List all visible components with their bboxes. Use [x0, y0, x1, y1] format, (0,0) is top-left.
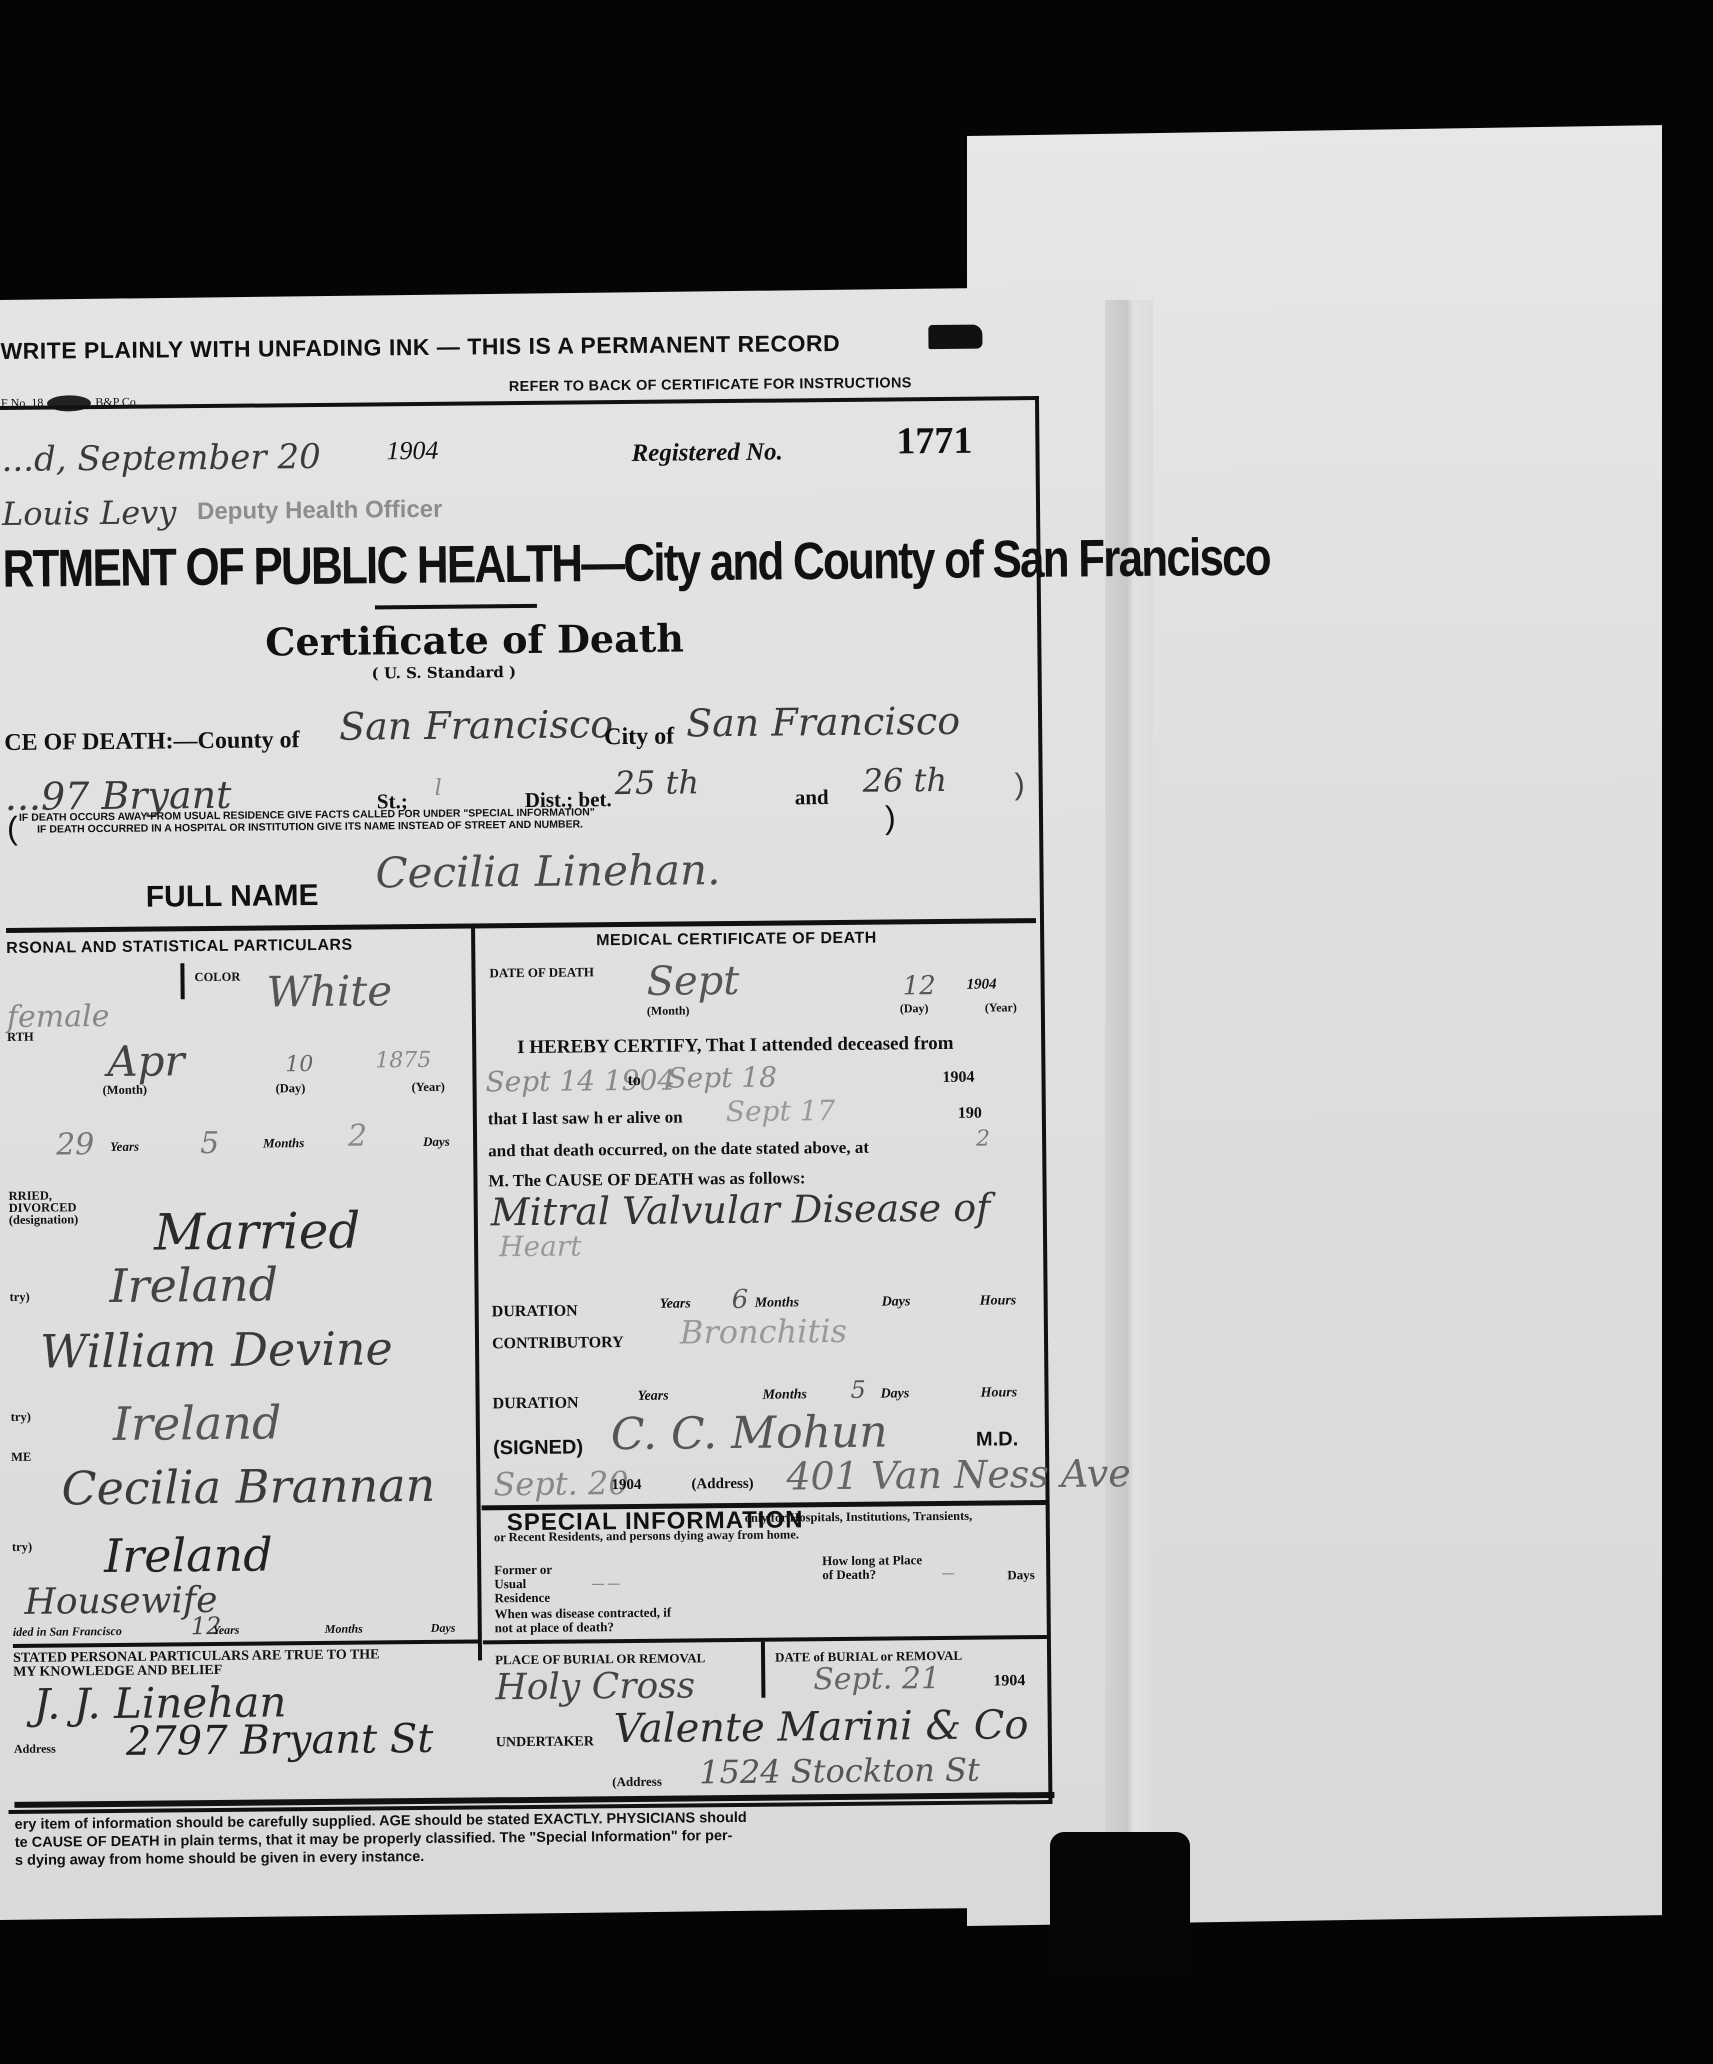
age-days: 2 — [348, 1119, 367, 1154]
death-year: 1904 — [967, 976, 997, 993]
and-label: and — [795, 785, 829, 810]
burial-date-value: Sept. 21 — [813, 1661, 940, 1697]
close-paren: ) — [1015, 768, 1025, 802]
mother-birthplace-label: try) — [12, 1540, 32, 1555]
note-paren-right: ) — [885, 799, 896, 836]
attended-from: Sept 14 1904 — [485, 1064, 675, 1099]
full-name-value: Cecilia Linehan. — [375, 845, 720, 897]
burial-place-value: Holy Cross — [495, 1665, 695, 1708]
personal-section-heading: RSONAL AND STATISTICAL PARTICULARS — [6, 937, 353, 958]
death-month-label: (Month) — [647, 1003, 690, 1018]
birth-month: Apr — [107, 1036, 185, 1086]
full-name-label: FULL NAME — [146, 879, 319, 915]
informant-address-label: Address — [14, 1742, 56, 1757]
between-street-2: 26 th — [862, 761, 947, 800]
registered-label: Registered No. — [631, 438, 783, 467]
last-saw-label: that I last saw h er alive on — [488, 1107, 683, 1129]
place-of-death-label: CE OF DEATH:—County of — [4, 727, 300, 757]
signed-date: Sept. 20 — [493, 1464, 629, 1503]
former-residence-value: — — — [592, 1576, 619, 1590]
birth-label: RTH — [7, 1030, 34, 1045]
occurred-label: and that death occurred, on the date sta… — [488, 1138, 869, 1162]
death-certificate: WRITE PLAINLY WITH UNFADING INK — THIS I… — [0, 290, 1066, 1920]
footer-instructions: ery item of information should be carefu… — [15, 1809, 748, 1870]
divider — [761, 1642, 766, 1698]
age-months-label: Months — [263, 1135, 304, 1151]
duration-days-label: Days — [880, 1386, 909, 1402]
occurred-time: 2 — [976, 1127, 990, 1152]
birthplace-label: try) — [10, 1290, 30, 1305]
duration-years-label: Years — [637, 1389, 668, 1405]
age-years: 29 — [56, 1127, 95, 1162]
death-year-label: (Year) — [985, 1000, 1017, 1015]
mother-birthplace: Ireland — [104, 1527, 273, 1583]
duration-hours-label: Hours — [980, 1385, 1017, 1401]
officer-title-stamp: Deputy Health Officer — [197, 496, 443, 526]
department-heading: RTMENT OF PUBLIC HEALTH—City and County … — [2, 528, 1270, 600]
resided-months-label: Months — [325, 1622, 363, 1637]
marital-value: Married — [154, 1202, 361, 1262]
resided-days-label: Days — [431, 1621, 456, 1636]
refer-instructions: REFER TO BACK OF CERTIFICATE FOR INSTRUC… — [509, 375, 912, 395]
certify-statement: I HEREBY CERTIFY, That I attended deceas… — [517, 1033, 954, 1059]
mother-label: ME — [11, 1450, 31, 1465]
duration-label: DURATION — [493, 1394, 579, 1413]
special-info-note: only for Hospitals, Institutions, Transi… — [745, 1509, 973, 1526]
undertaker-value: Valente Marini & Co — [614, 1702, 1029, 1752]
color-label: COLOR — [194, 970, 240, 985]
physician-address: 401 Van Ness Ave — [786, 1451, 1131, 1498]
how-long-value: — — [942, 1566, 954, 1580]
disease-contracted-label: When was disease contracted, if not at p… — [495, 1605, 685, 1635]
last-saw-year: 190 — [958, 1105, 982, 1123]
divider — [180, 963, 184, 999]
cause-of-death: Mitral Valvular Disease of — [491, 1186, 991, 1235]
attended-to: Sept 18 — [667, 1061, 777, 1095]
contributory-value: Bronchitis — [680, 1312, 847, 1352]
city-label: City of — [604, 724, 674, 752]
death-day: 12 — [902, 971, 935, 1001]
death-month: Sept — [646, 958, 739, 1005]
birth-year: 1875 — [375, 1048, 431, 1074]
certificate-subtitle: ( U. S. Standard ) — [372, 663, 517, 682]
hand-pointer-icon — [928, 325, 982, 350]
medical-section-heading: MEDICAL CERTIFICATE OF DEATH — [596, 930, 877, 951]
date-of-death-label: DATE OF DEATH — [489, 964, 594, 981]
special-info-note-2: or Recent Residents, and persons dying a… — [494, 1527, 799, 1545]
certificate-title: Certificate of Death — [265, 615, 684, 664]
officer-signature: Louis Levy — [2, 493, 177, 533]
ink-warning: WRITE PLAINLY WITH UNFADING INK — THIS I… — [0, 330, 840, 365]
duration-months-label: Months — [762, 1387, 807, 1403]
resided-label: ided in San Francisco — [13, 1624, 122, 1640]
how-long-days-label: Days — [1007, 1567, 1035, 1583]
registered-number: 1771 — [896, 419, 972, 464]
to-label: to — [627, 1072, 641, 1090]
signed-year: 1904 — [611, 1477, 641, 1494]
occupation-value: Housewife — [24, 1580, 217, 1623]
duration-months: 6 — [731, 1285, 748, 1315]
burial-year: 1904 — [993, 1672, 1025, 1690]
note-paren-left: ( — [7, 810, 18, 847]
birthplace-value: Ireland — [109, 1257, 278, 1313]
father-birthplace: Ireland — [113, 1395, 282, 1451]
cause-of-death-cont: Heart — [499, 1229, 582, 1263]
binder-clip — [1050, 1832, 1190, 1972]
between-street-1: 25 th — [614, 763, 699, 802]
signed-label: (SIGNED) — [493, 1436, 583, 1460]
mother-name: Cecilia Brannan — [61, 1458, 435, 1516]
contributory-label: CONTRIBUTORY — [492, 1334, 624, 1353]
undertaker-address-label: (Address — [612, 1774, 662, 1790]
duration-years-label: Years — [660, 1296, 691, 1312]
md-label: M.D. — [976, 1428, 1018, 1451]
age-months: 5 — [200, 1126, 219, 1161]
duration-months-label: Months — [755, 1295, 800, 1311]
birth-year-label: (Year) — [412, 1080, 445, 1095]
undertaker-label: UNDERTAKER — [496, 1734, 594, 1751]
how-long-label: How long at Place of Death? — [822, 1553, 932, 1582]
death-day-label: (Day) — [900, 1001, 929, 1016]
father-birthplace-label: try) — [11, 1410, 31, 1425]
father-name: William Devine — [40, 1321, 393, 1378]
physician-signature: C. C. Mohun — [611, 1407, 888, 1461]
attended-to-year: 1904 — [942, 1069, 974, 1087]
former-residence-label: Former or Usual Residence — [494, 1562, 584, 1605]
county-value: San Francisco — [339, 702, 613, 749]
birth-month-label: (Month) — [103, 1083, 148, 1098]
filed-date: ...d, September 20 — [1, 437, 321, 480]
color-value: White — [266, 966, 392, 1016]
informant-address-value: 2797 Bryant St — [126, 1716, 434, 1765]
filed-year: 1904 — [386, 436, 438, 466]
informant-heading: STATED PERSONAL PARTICULARS ARE TRUE TO … — [13, 1648, 380, 1680]
physician-address-label: (Address) — [691, 1476, 753, 1494]
last-saw-date: Sept 17 — [726, 1094, 836, 1128]
marital-label: RRIED, DIVORCED (designation) — [9, 1189, 119, 1226]
street-mark: l — [435, 776, 442, 801]
birth-day-label: (Day) — [276, 1081, 306, 1096]
age-days-label: Days — [423, 1134, 450, 1150]
undertaker-address: 1524 Stockton St — [699, 1751, 980, 1792]
duration-days: 5 — [850, 1376, 866, 1404]
age-years-label: Years — [110, 1139, 139, 1155]
resided-years-label: Years — [213, 1623, 240, 1638]
duration-label: DURATION — [492, 1303, 578, 1322]
city-value: San Francisco — [686, 699, 960, 746]
duration-days-label: Days — [882, 1294, 911, 1310]
duration-hours-label: Hours — [980, 1293, 1017, 1309]
birth-day: 10 — [285, 1052, 313, 1077]
